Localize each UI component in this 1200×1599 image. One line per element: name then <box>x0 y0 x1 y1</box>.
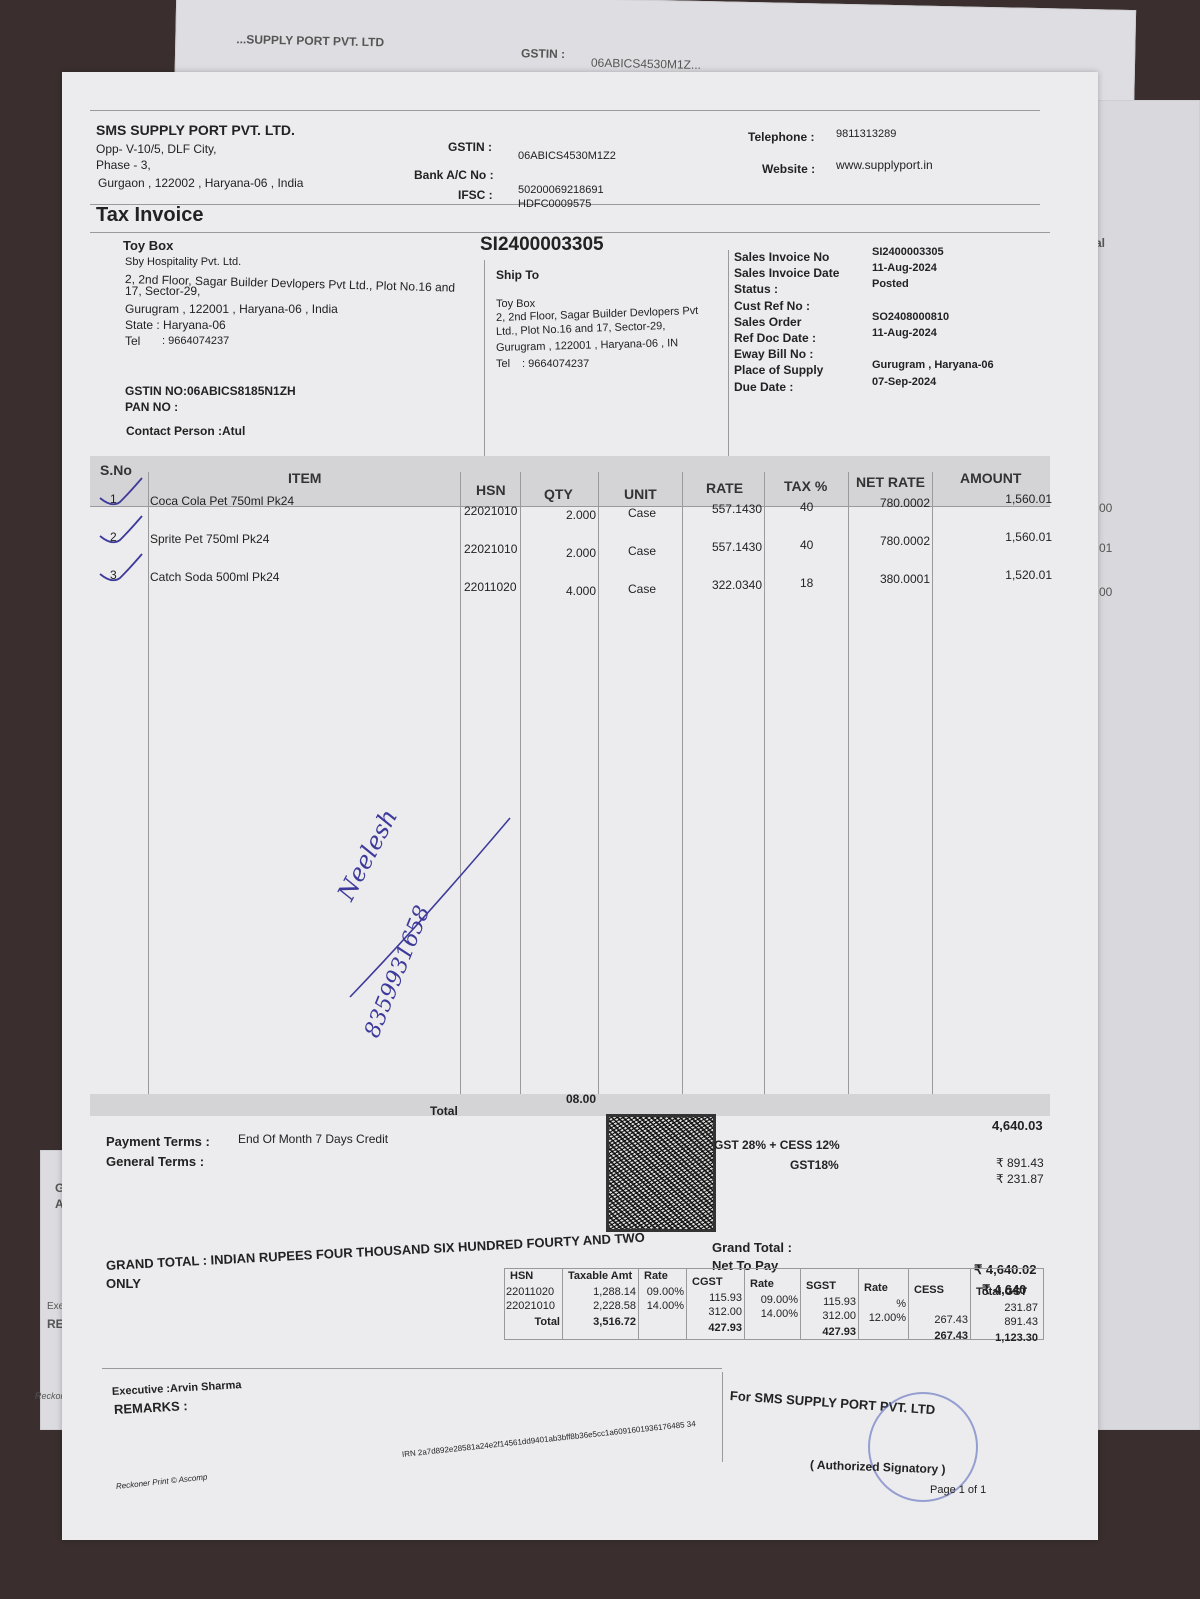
remarks-label: REMARKS : <box>114 1398 188 1417</box>
meta-label: Status : <box>734 282 778 296</box>
meta-label: Ref Doc Date : <box>734 331 816 345</box>
meta-value: 11-Aug-2024 <box>872 262 937 274</box>
invoice-number: SI2400003305 <box>480 234 604 256</box>
col-header-net-rate: NET RATE <box>856 474 925 490</box>
seller-address-line: Gurgaon , 122002 , Haryana-06 , India <box>98 176 303 190</box>
column-divider <box>848 472 849 1112</box>
col-header-item: ITEM <box>288 470 321 486</box>
bill-to-name: Toy Box <box>123 238 173 253</box>
ship-to-heading: Ship To <box>496 268 539 282</box>
divider <box>722 1372 723 1462</box>
seller-gstin: 06ABICS4530M1Z2 <box>518 150 616 162</box>
col-header-tax: TAX % <box>784 478 827 494</box>
gst-cell-cgst-rate: 09.00% <box>746 1294 798 1306</box>
cell-item: Sprite Pet 750ml Pk24 <box>150 532 450 546</box>
pen-stroke <box>342 812 522 1002</box>
payment-terms-value: End Of Month 7 Days Credit <box>238 1132 388 1146</box>
bill-to-tel: : 9664074237 <box>162 335 229 347</box>
gst-cell-sgst: 312.00 <box>802 1310 856 1322</box>
print-credit: Reckoner Print © Ascomp <box>116 1472 208 1491</box>
bill-to-address: 17, Sector-29, <box>125 284 200 298</box>
grand-total-words: GRAND TOTAL : INDIAN RUPEES FOUR THOUSAN… <box>106 1230 646 1273</box>
check-mark-icon <box>96 552 146 586</box>
gst-cell-cgst-rate: 14.00% <box>746 1308 798 1320</box>
bank-account: 50200069218691 <box>518 184 604 196</box>
cell-qty: 2.000 <box>524 546 596 560</box>
column-divider <box>520 472 521 1112</box>
check-mark-icon <box>96 514 146 548</box>
tax-invoice-page: SMS SUPPLY PORT PVT. LTD. Opp- V-10/5, D… <box>62 72 1098 1540</box>
gst-column-divider <box>686 1268 687 1340</box>
gst-summary-value-1: ₹ 891.43 <box>996 1156 1044 1170</box>
divider <box>102 1368 722 1369</box>
meta-label: Cust Ref No : <box>734 299 810 313</box>
gst-total-cgst: 427.93 <box>688 1322 742 1334</box>
ifsc: HDFC0009575 <box>518 198 591 210</box>
bill-to-state: State : Haryana-06 <box>125 318 226 332</box>
edge-fragment: 00 <box>1099 501 1112 515</box>
cell-hsn: 22021010 <box>464 542 518 556</box>
ship-to-tel: : 9664074237 <box>522 358 589 370</box>
contact-person: Contact Person :Atul <box>126 424 245 438</box>
gst-cell-total-gst: 891.43 <box>972 1316 1038 1328</box>
gst-column-divider <box>562 1268 563 1340</box>
meta-value: Gurugram , Haryana-06 <box>872 359 994 371</box>
gst-total-cess: 267.43 <box>910 1330 968 1342</box>
seller-address-line: Opp- V-10/5, DLF City, <box>96 142 217 156</box>
divider <box>90 110 1040 111</box>
gst-summary-value-2: ₹ 231.87 <box>996 1172 1044 1186</box>
meta-value: SO2408000810 <box>872 311 949 323</box>
grand-total-label: Grand Total : <box>712 1240 792 1255</box>
column-divider <box>148 472 149 1112</box>
bill-to-company: Sby Hospitality Pvt. Ltd. <box>125 256 241 268</box>
gst-total-sgst: 427.93 <box>802 1326 856 1338</box>
total-qty: 08.00 <box>566 1092 596 1106</box>
cell-rate: 557.1430 <box>686 502 762 516</box>
gst-col-header: Rate <box>644 1270 668 1282</box>
seller-name: SMS SUPPLY PORT PVT. LTD. <box>96 122 295 138</box>
website-label: Website : <box>762 162 815 176</box>
general-terms-label: General Terms : <box>106 1154 204 1169</box>
gst-summary-label-1: GST 28% + CESS 12% <box>714 1138 840 1152</box>
total-amount: 4,640.03 <box>992 1118 1043 1133</box>
irn-hash: IRN 2a7d892e28581a24e2f14561dd9401ab3bff… <box>402 1419 697 1459</box>
cell-amount: 1,520.01 <box>942 568 1052 582</box>
total-label: Total <box>430 1104 458 1118</box>
cell-amount: 1,560.01 <box>942 492 1052 506</box>
gst-col-header: Total GST <box>976 1286 1027 1298</box>
check-mark-icon <box>96 476 146 510</box>
edge-fragment: 01 <box>1099 541 1112 555</box>
column-divider <box>682 472 683 1112</box>
bill-to-gstin: GSTIN NO:06ABICS8185N1ZH <box>125 384 296 398</box>
gst-column-divider <box>908 1268 909 1340</box>
meta-label: Place of Supply <box>734 363 823 377</box>
gst-col-header: Rate <box>750 1278 774 1290</box>
cell-item: Coca Cola Pet 750ml Pk24 <box>150 494 450 508</box>
executive: Executive :Arvin Sharma <box>112 1379 242 1398</box>
gst-cell-cess-rate: % <box>860 1298 906 1310</box>
cell-net-rate: 780.0002 <box>852 496 930 510</box>
seller-gstin-label: GSTIN : <box>448 140 492 154</box>
gst-col-header: CESS <box>914 1284 944 1296</box>
ifsc-label: IFSC : <box>458 188 493 202</box>
meta-label: Sales Order <box>734 315 801 329</box>
back-gstin: 06ABICS4530M1Z... <box>591 56 701 72</box>
cell-unit: Case <box>628 582 678 596</box>
gst-cell-rate: 14.00% <box>640 1300 684 1312</box>
meta-value: 07-Sep-2024 <box>872 376 936 388</box>
divider <box>484 260 485 470</box>
cell-item: Catch Soda 500ml Pk24 <box>150 570 450 584</box>
cell-unit: Case <box>628 544 678 558</box>
gst-cell-sgst: 115.93 <box>802 1296 856 1308</box>
ship-to-tel-label: Tel <box>496 358 510 370</box>
ship-to-name: Toy Box <box>496 298 535 310</box>
gst-column-divider <box>744 1268 745 1340</box>
gst-col-header: Taxable Amt <box>568 1270 632 1282</box>
cell-hsn: 22021010 <box>464 504 518 518</box>
gst-total-taxable: 3,516.72 <box>564 1316 636 1328</box>
cell-rate: 322.0340 <box>686 578 762 592</box>
col-header-unit: UNIT <box>624 486 657 502</box>
payment-terms-label: Payment Terms : <box>106 1134 210 1149</box>
document-title: Tax Invoice <box>96 204 203 227</box>
grand-total-words-cont: ONLY <box>106 1276 141 1291</box>
gst-column-divider <box>858 1268 859 1340</box>
back-company-partial: ...SUPPLY PORT PVT. LTD <box>236 32 384 49</box>
e-invoice-qr-code <box>606 1114 716 1232</box>
col-header-qty: QTY <box>544 486 573 502</box>
cell-tax: 18 <box>800 576 840 590</box>
gst-total-gst: 1,123.30 <box>972 1332 1038 1344</box>
gst-cell-taxable: 1,288.14 <box>564 1286 636 1298</box>
gst-cell-hsn: 22021010 <box>506 1300 560 1312</box>
cell-unit: Case <box>628 506 678 520</box>
gst-col-header: HSN <box>510 1270 533 1282</box>
bill-to-city: Gurugram , 122001 , Haryana-06 , India <box>125 302 338 316</box>
divider <box>728 250 729 470</box>
cell-tax: 40 <box>800 538 840 552</box>
gst-cell-hsn: 22011020 <box>506 1286 560 1298</box>
telephone-label: Telephone : <box>748 130 814 144</box>
website-link[interactable]: www.supplyport.in <box>836 158 933 172</box>
gst-column-divider <box>800 1268 801 1340</box>
bill-to-pan: PAN NO : <box>125 400 178 414</box>
meta-label: Eway Bill No : <box>734 347 813 361</box>
column-divider <box>764 472 765 1112</box>
cell-hsn: 22011020 <box>464 580 518 594</box>
gst-cell-cgst: 312.00 <box>688 1306 742 1318</box>
column-divider <box>932 472 933 1112</box>
col-header-hsn: HSN <box>476 482 506 498</box>
back-gstin-label: GSTIN : <box>521 46 565 61</box>
cell-rate: 557.1430 <box>686 540 762 554</box>
gst-col-header: CGST <box>692 1276 723 1288</box>
col-header-amount: AMOUNT <box>960 470 1021 486</box>
edge-fragment: 00 <box>1099 585 1112 599</box>
cell-net-rate: 780.0002 <box>852 534 930 548</box>
column-divider <box>598 472 599 1112</box>
gst-cell-cess-rate: 12.00% <box>860 1312 906 1324</box>
bank-account-label: Bank A/C No : <box>414 168 494 182</box>
gst-summary-label-2: GST18% <box>790 1158 839 1172</box>
gst-cell-cess: 267.43 <box>910 1314 968 1326</box>
gst-col-header: Rate <box>864 1282 888 1294</box>
ship-to-city: Gurugram , 122001 , Haryana-06 , IN <box>496 337 678 354</box>
meta-label: Due Date : <box>734 380 793 394</box>
meta-label: Sales Invoice Date <box>734 266 839 280</box>
meta-value: 11-Aug-2024 <box>872 327 937 339</box>
gst-total-label: Total <box>506 1316 560 1328</box>
cell-amount: 1,560.01 <box>942 530 1052 544</box>
column-divider <box>460 472 461 1112</box>
gst-cell-cgst: 115.93 <box>688 1292 742 1304</box>
gst-col-header: SGST <box>806 1280 836 1292</box>
gst-column-divider <box>970 1268 971 1340</box>
seller-address-line: Phase - 3, <box>96 158 151 172</box>
divider <box>90 232 1050 233</box>
gst-cell-taxable: 2,228.58 <box>564 1300 636 1312</box>
cell-tax: 40 <box>800 500 840 514</box>
meta-value: Posted <box>872 278 909 290</box>
gst-column-divider <box>638 1268 639 1340</box>
cell-qty: 4.000 <box>524 584 596 598</box>
telephone: 9811313289 <box>836 128 896 140</box>
meta-label: Sales Invoice No <box>734 250 829 264</box>
col-header-rate: RATE <box>706 480 743 496</box>
gst-cell-rate: 09.00% <box>640 1286 684 1298</box>
background-sheet-right: al 00 01 00 <box>1080 100 1200 1430</box>
bill-to-tel-label: Tel <box>125 334 140 348</box>
page-number: Page 1 of 1 <box>930 1484 986 1496</box>
cell-net-rate: 380.0001 <box>852 572 930 586</box>
meta-value: SI2400003305 <box>872 246 944 258</box>
gst-cell-total-gst: 231.87 <box>972 1302 1038 1314</box>
cell-qty: 2.000 <box>524 508 596 522</box>
